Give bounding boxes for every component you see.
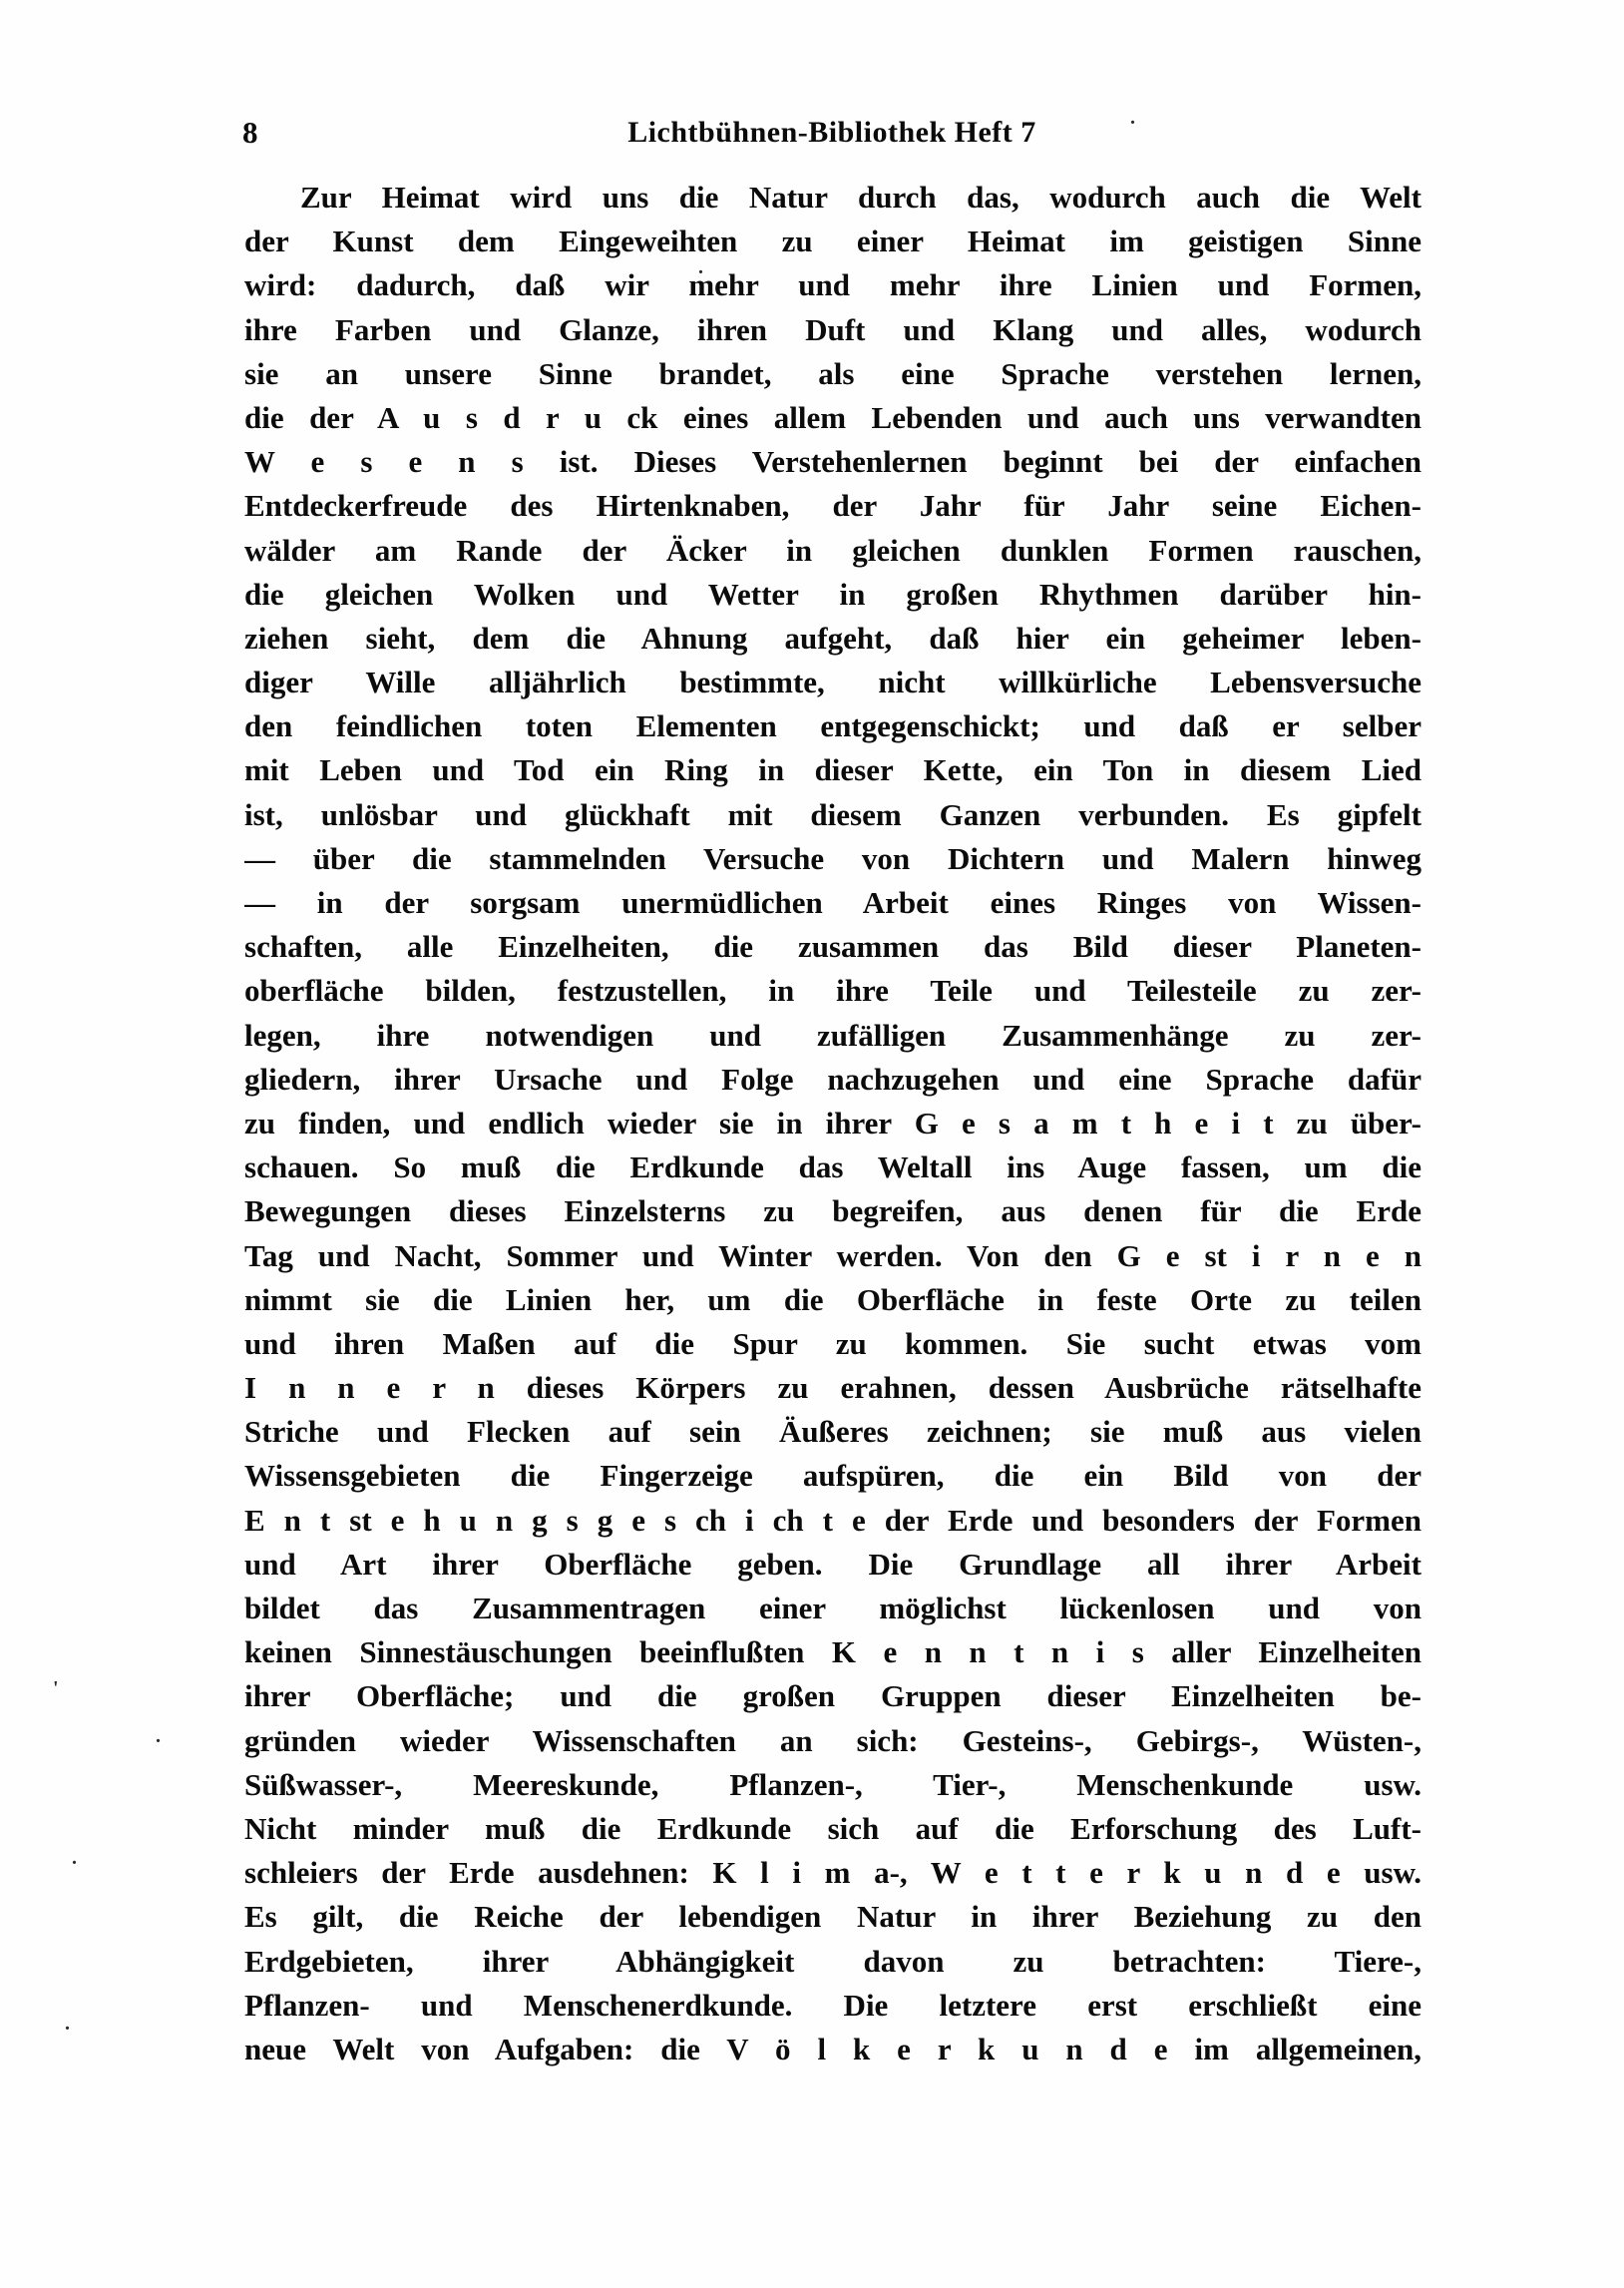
text-line: ihrer Oberfläche; und die großen Gruppen… [244,1674,1421,1718]
text-line: keinen Sinnestäuschungen beeinflußten K … [244,1630,1421,1674]
scan-speck: ' [53,1678,59,1698]
text-line: schleiers der Erde ausdehnen: K l i m a-… [244,1851,1421,1895]
text-line: Bewegungen dieses Einzelsterns zu begrei… [244,1189,1421,1233]
text-line: den feindlichen toten Elementen entgegen… [244,704,1421,748]
text-line: schaften, alle Einzelheiten, die zusamme… [244,925,1421,969]
text-line: W e s e n s ist. Dieses Verstehenlernen … [244,440,1421,484]
text-line: diger Wille alljährlich bestimmte, nicht… [244,661,1421,704]
text-line: Erdgebieten, ihrer Abhängigkeit davon zu… [244,1940,1421,1984]
scan-speck: . [65,2014,70,2034]
text-line: I n n e r n dieses Körpers zu erahnen, d… [244,1366,1421,1410]
text-line: nimmt sie die Linien her, um die Oberflä… [244,1278,1421,1322]
scan-speck: . [698,257,703,277]
running-header: 8 Lichtbühnen-Bibliothek Heft 7 [242,110,1421,156]
running-title: Lichtbühnen-Bibliothek Heft 7 [242,110,1421,156]
scan-speck: . [72,1848,77,1868]
text-line: oberfläche bilden, festzustellen, in ihr… [244,969,1421,1013]
scan-speck: . [1130,108,1135,128]
book-page: 8 Lichtbühnen-Bibliothek Heft 7 Zur Heim… [0,0,1624,2288]
text-line: der Kunst dem Eingeweihten zu einer Heim… [244,220,1421,263]
text-line: ihre Farben und Glanze, ihren Duft und K… [244,308,1421,352]
text-line: Es gilt, die Reiche der lebendigen Natur… [244,1895,1421,1939]
text-line: neue Welt von Aufgaben: die V ö l k e r … [244,2028,1421,2071]
body-text-block: Zur Heimat wird uns die Natur durch das,… [244,176,1421,2071]
text-line: E n t st e h u n g s g e s ch i ch t e d… [244,1499,1421,1543]
text-line: mit Leben und Tod ein Ring in dieser Ket… [244,748,1421,792]
text-line: schauen. So muß die Erdkunde das Weltall… [244,1145,1421,1189]
text-line: Süßwasser-, Meereskunde, Pflanzen-, Tier… [244,1763,1421,1807]
text-line: sie an unsere Sinne brandet, als eine Sp… [244,352,1421,396]
text-line: wird: dadurch, daß wir mehr und mehr ihr… [244,263,1421,307]
text-line: gliedern, ihrer Ursache und Folge nachzu… [244,1058,1421,1102]
text-line: Wissensgebieten die Fingerzeige aufspüre… [244,1454,1421,1498]
text-line: — in der sorgsam unermüdlichen Arbeit ei… [244,881,1421,925]
text-line: wälder am Rande der Äcker in gleichen du… [244,529,1421,573]
text-line: ziehen sieht, dem die Ahnung aufgeht, da… [244,617,1421,661]
scan-speck: . [156,1726,161,1746]
text-line: Zur Heimat wird uns die Natur durch das,… [244,176,1421,220]
text-line: legen, ihre notwendigen und zufälligen Z… [244,1014,1421,1058]
page-number: 8 [242,110,258,156]
text-line: Entdeckerfreude des Hirtenknaben, der Ja… [244,484,1421,528]
text-line: die der A u s d r u ck eines allem Leben… [244,396,1421,440]
text-line: und ihren Maßen auf die Spur zu kommen. … [244,1322,1421,1366]
text-line: Nicht minder muß die Erdkunde sich auf d… [244,1807,1421,1851]
text-line: zu finden, und endlich wieder sie in ihr… [244,1102,1421,1145]
text-line: Pflanzen- und Menschenerdkunde. Die letz… [244,1984,1421,2028]
text-line: und Art ihrer Oberfläche geben. Die Grun… [244,1543,1421,1587]
text-line: bildet das Zusammentragen einer möglichs… [244,1587,1421,1630]
text-line: ist, unlösbar und glückhaft mit diesem G… [244,793,1421,837]
text-line: — über die stammelnden Versuche von Dich… [244,837,1421,881]
text-line: gründen wieder Wissenschaften an sich: G… [244,1719,1421,1763]
text-line: die gleichen Wolken und Wetter in großen… [244,573,1421,617]
text-line: Tag und Nacht, Sommer und Winter werden.… [244,1234,1421,1278]
text-line: Striche und Flecken auf sein Äußeres zei… [244,1410,1421,1454]
